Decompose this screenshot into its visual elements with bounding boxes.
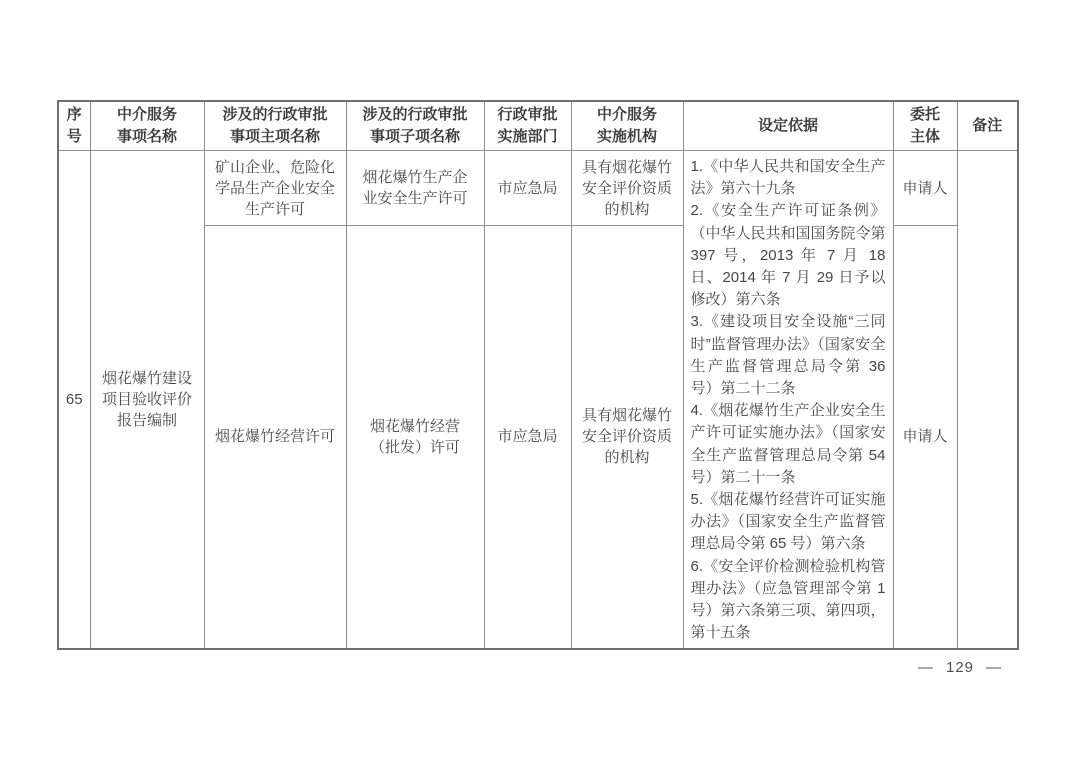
cell-service-name: 烟花爆竹建设项目验收评价报告编制 [90,151,204,649]
basis-item-1: 1.《中华人民共和国安全生产法》第六十九条 [691,156,886,200]
cell-seq: 65 [58,151,90,649]
intermediary-services-table: 序 号 中介服务 事项名称 涉及的行政审批 事项主项名称 涉及的行政审批 事项子… [57,100,1019,650]
cell-principal-1: 申请人 [893,151,957,226]
basis-item-4: 4.《烟花爆竹生产企业安全生产许可证实施办法》（国家安全生产监督管理总局令第 5… [691,400,886,489]
cell-agency-1: 具有烟花爆竹安全评价资质的机构 [571,151,683,226]
header-agency: 中介服务 实施机构 [571,101,683,151]
cell-remark [957,151,1018,649]
cell-agency-2: 具有烟花爆竹安全评价资质的机构 [571,226,683,649]
basis-item-2: 2.《安全生产许可证条例》（中华人民共和国国务院令第 397 号，2013 年 … [691,200,886,311]
cell-main-item-1: 矿山企业、危险化学品生产企业安全生产许可 [204,151,346,226]
cell-department-1: 市应急局 [484,151,571,226]
header-seq: 序 号 [58,101,90,151]
basis-item-6: 6.《安全评价检测检验机构管理办法》（应急管理部令第 1 号）第六条第三项、第四… [691,556,886,645]
document-page: 序 号 中介服务 事项名称 涉及的行政审批 事项主项名称 涉及的行政审批 事项子… [0,0,1074,757]
header-sub-item: 涉及的行政审批 事项子项名称 [346,101,484,151]
cell-basis: 1.《中华人民共和国安全生产法》第六十九条 2.《安全生产许可证条例》（中华人民… [683,151,893,649]
cell-main-item-2: 烟花爆竹经营许可 [204,226,346,649]
cell-principal-2: 申请人 [893,226,957,649]
header-department: 行政审批 实施部门 [484,101,571,151]
header-remark: 备注 [957,101,1018,151]
table-header-row: 序 号 中介服务 事项名称 涉及的行政审批 事项主项名称 涉及的行政审批 事项子… [58,101,1018,151]
basis-item-5: 5.《烟花爆竹经营许可证实施办法》（国家安全生产监督管理总局令第 65 号）第六… [691,489,886,556]
cell-department-2: 市应急局 [484,226,571,649]
header-main-item: 涉及的行政审批 事项主项名称 [204,101,346,151]
header-principal: 委托 主体 [893,101,957,151]
basis-item-3: 3.《建设项目安全设施“三同时”监督管理办法》（国家安全生产监督管理总局令第 3… [691,311,886,400]
page-number: — 129 — [893,659,1027,676]
cell-sub-item-1: 烟花爆竹生产企业安全生产许可 [346,151,484,226]
header-basis: 设定依据 [683,101,893,151]
header-service-name: 中介服务 事项名称 [90,101,204,151]
table-row-65-sub-1: 65 烟花爆竹建设项目验收评价报告编制 矿山企业、危险化学品生产企业安全生产许可… [58,151,1018,226]
cell-sub-item-2: 烟花爆竹经营（批发）许可 [346,226,484,649]
